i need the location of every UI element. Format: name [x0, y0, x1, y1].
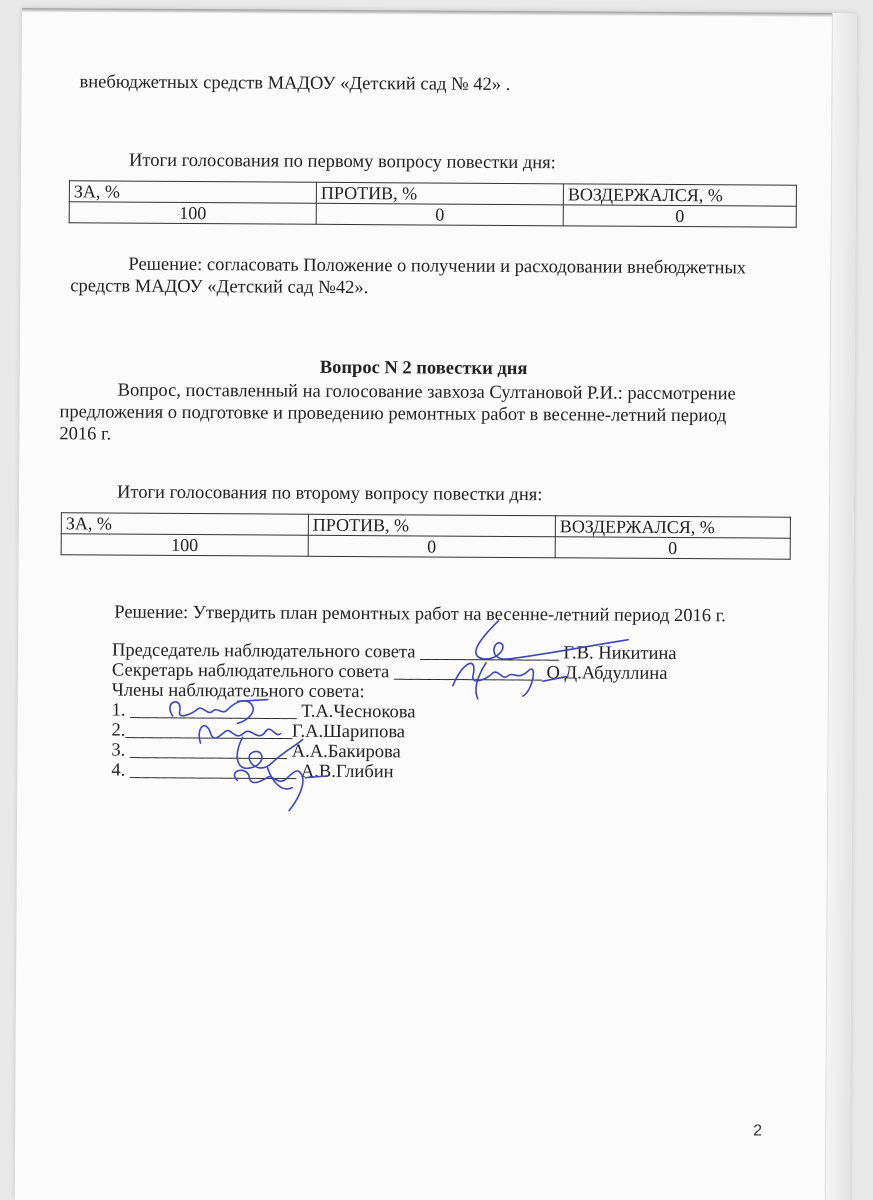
- page-number: 2: [753, 1122, 762, 1140]
- q1-decision-line2: средств МАДОУ «Детский сад №42».: [70, 276, 368, 298]
- members-label: Члены наблюдательного совета:: [112, 681, 365, 703]
- member-signature-line: __________________: [130, 701, 297, 722]
- member-number: 4.: [111, 761, 125, 781]
- secretary-label: Секретарь наблюдательного совета: [112, 661, 389, 683]
- q1-decision-line1: Решение: согласовать Положение о получен…: [128, 255, 746, 279]
- member-number: 3.: [111, 741, 125, 761]
- secretary-signature-line: ________________: [394, 662, 542, 683]
- member-name: Г.А.Шарипова: [292, 722, 405, 743]
- q2-results-title: Итоги голосования по второму вопросу пов…: [117, 483, 543, 506]
- intro-line: внебюджетных средств МАДОУ «Детский сад …: [79, 72, 510, 95]
- q2-decision: Решение: Утвердить план ремонтных работ …: [114, 603, 726, 627]
- q2-header-for: ЗА, %: [61, 513, 308, 536]
- chairman-signature-line: _______________: [420, 642, 559, 663]
- member-signature-line: __________________: [125, 721, 292, 742]
- q2-value-against: 0: [308, 535, 555, 558]
- q1-vote-table: ЗА, % ПРОТИВ, % ВОЗДЕРЖАЛСЯ, % 100 0 0: [69, 180, 797, 227]
- q1-value-against: 0: [316, 203, 563, 226]
- q2-text-line2: предложения о подготовке и проведению ре…: [59, 402, 726, 426]
- q1-header-for: ЗА, %: [69, 181, 316, 204]
- member-row-3: 3. _________________ А.А.Бакирова: [111, 741, 400, 763]
- q2-value-abstained: 0: [555, 537, 790, 559]
- q2-value-for: 100: [61, 534, 308, 557]
- member-row-4: 4. __________________ А.В.Глибин: [111, 761, 393, 783]
- q2-vote-table: ЗА, % ПРОТИВ, % ВОЗДЕРЖАЛСЯ, % 100 0 0: [61, 512, 791, 559]
- member-row-2: 2.__________________Г.А.Шарипова: [112, 721, 406, 743]
- q1-vote-table-values-row: 100 0 0: [69, 202, 796, 227]
- q2-text-line1: Вопрос, поставленный на голосование завх…: [118, 381, 736, 405]
- member-name: А.В.Глибин: [301, 762, 394, 783]
- page-right-edge: [825, 13, 857, 1200]
- q1-header-abstained: ВОЗДЕРЖАЛСЯ, %: [563, 184, 796, 206]
- document-page: внебюджетных средств МАДОУ «Детский сад …: [15, 8, 857, 1200]
- member-signature-line: __________________: [130, 761, 297, 782]
- q1-header-against: ПРОТИВ, %: [316, 182, 563, 205]
- chairman-label: Председатель наблюдательного совета: [112, 641, 416, 663]
- q2-heading: Вопрос N 2 повестки дня: [320, 358, 528, 379]
- q2-vote-table-values-row: 100 0 0: [61, 534, 790, 559]
- q1-results-title: Итоги голосования по первому вопросу пов…: [129, 151, 556, 174]
- member-row-1: 1. __________________ Т.А.Чеснокова: [112, 701, 416, 723]
- q1-value-abstained: 0: [563, 205, 796, 227]
- q2-text-line3: 2016 г.: [59, 424, 111, 444]
- member-number: 1.: [112, 701, 126, 721]
- member-name: А.А.Бакирова: [292, 742, 401, 763]
- member-name: Т.А.Чеснокова: [301, 702, 415, 723]
- member-number: 2.: [112, 721, 126, 741]
- chairman-name: Г.В. Никитина: [563, 643, 676, 664]
- page-top-edge: [22, 8, 857, 17]
- q2-header-abstained: ВОЗДЕРЖАЛСЯ, %: [555, 516, 790, 538]
- member-signature-line: _________________: [130, 741, 287, 762]
- q1-value-for: 100: [69, 202, 316, 225]
- q2-header-against: ПРОТИВ, %: [308, 514, 555, 537]
- secretary-name: О.Д.Абдуллина: [546, 663, 667, 684]
